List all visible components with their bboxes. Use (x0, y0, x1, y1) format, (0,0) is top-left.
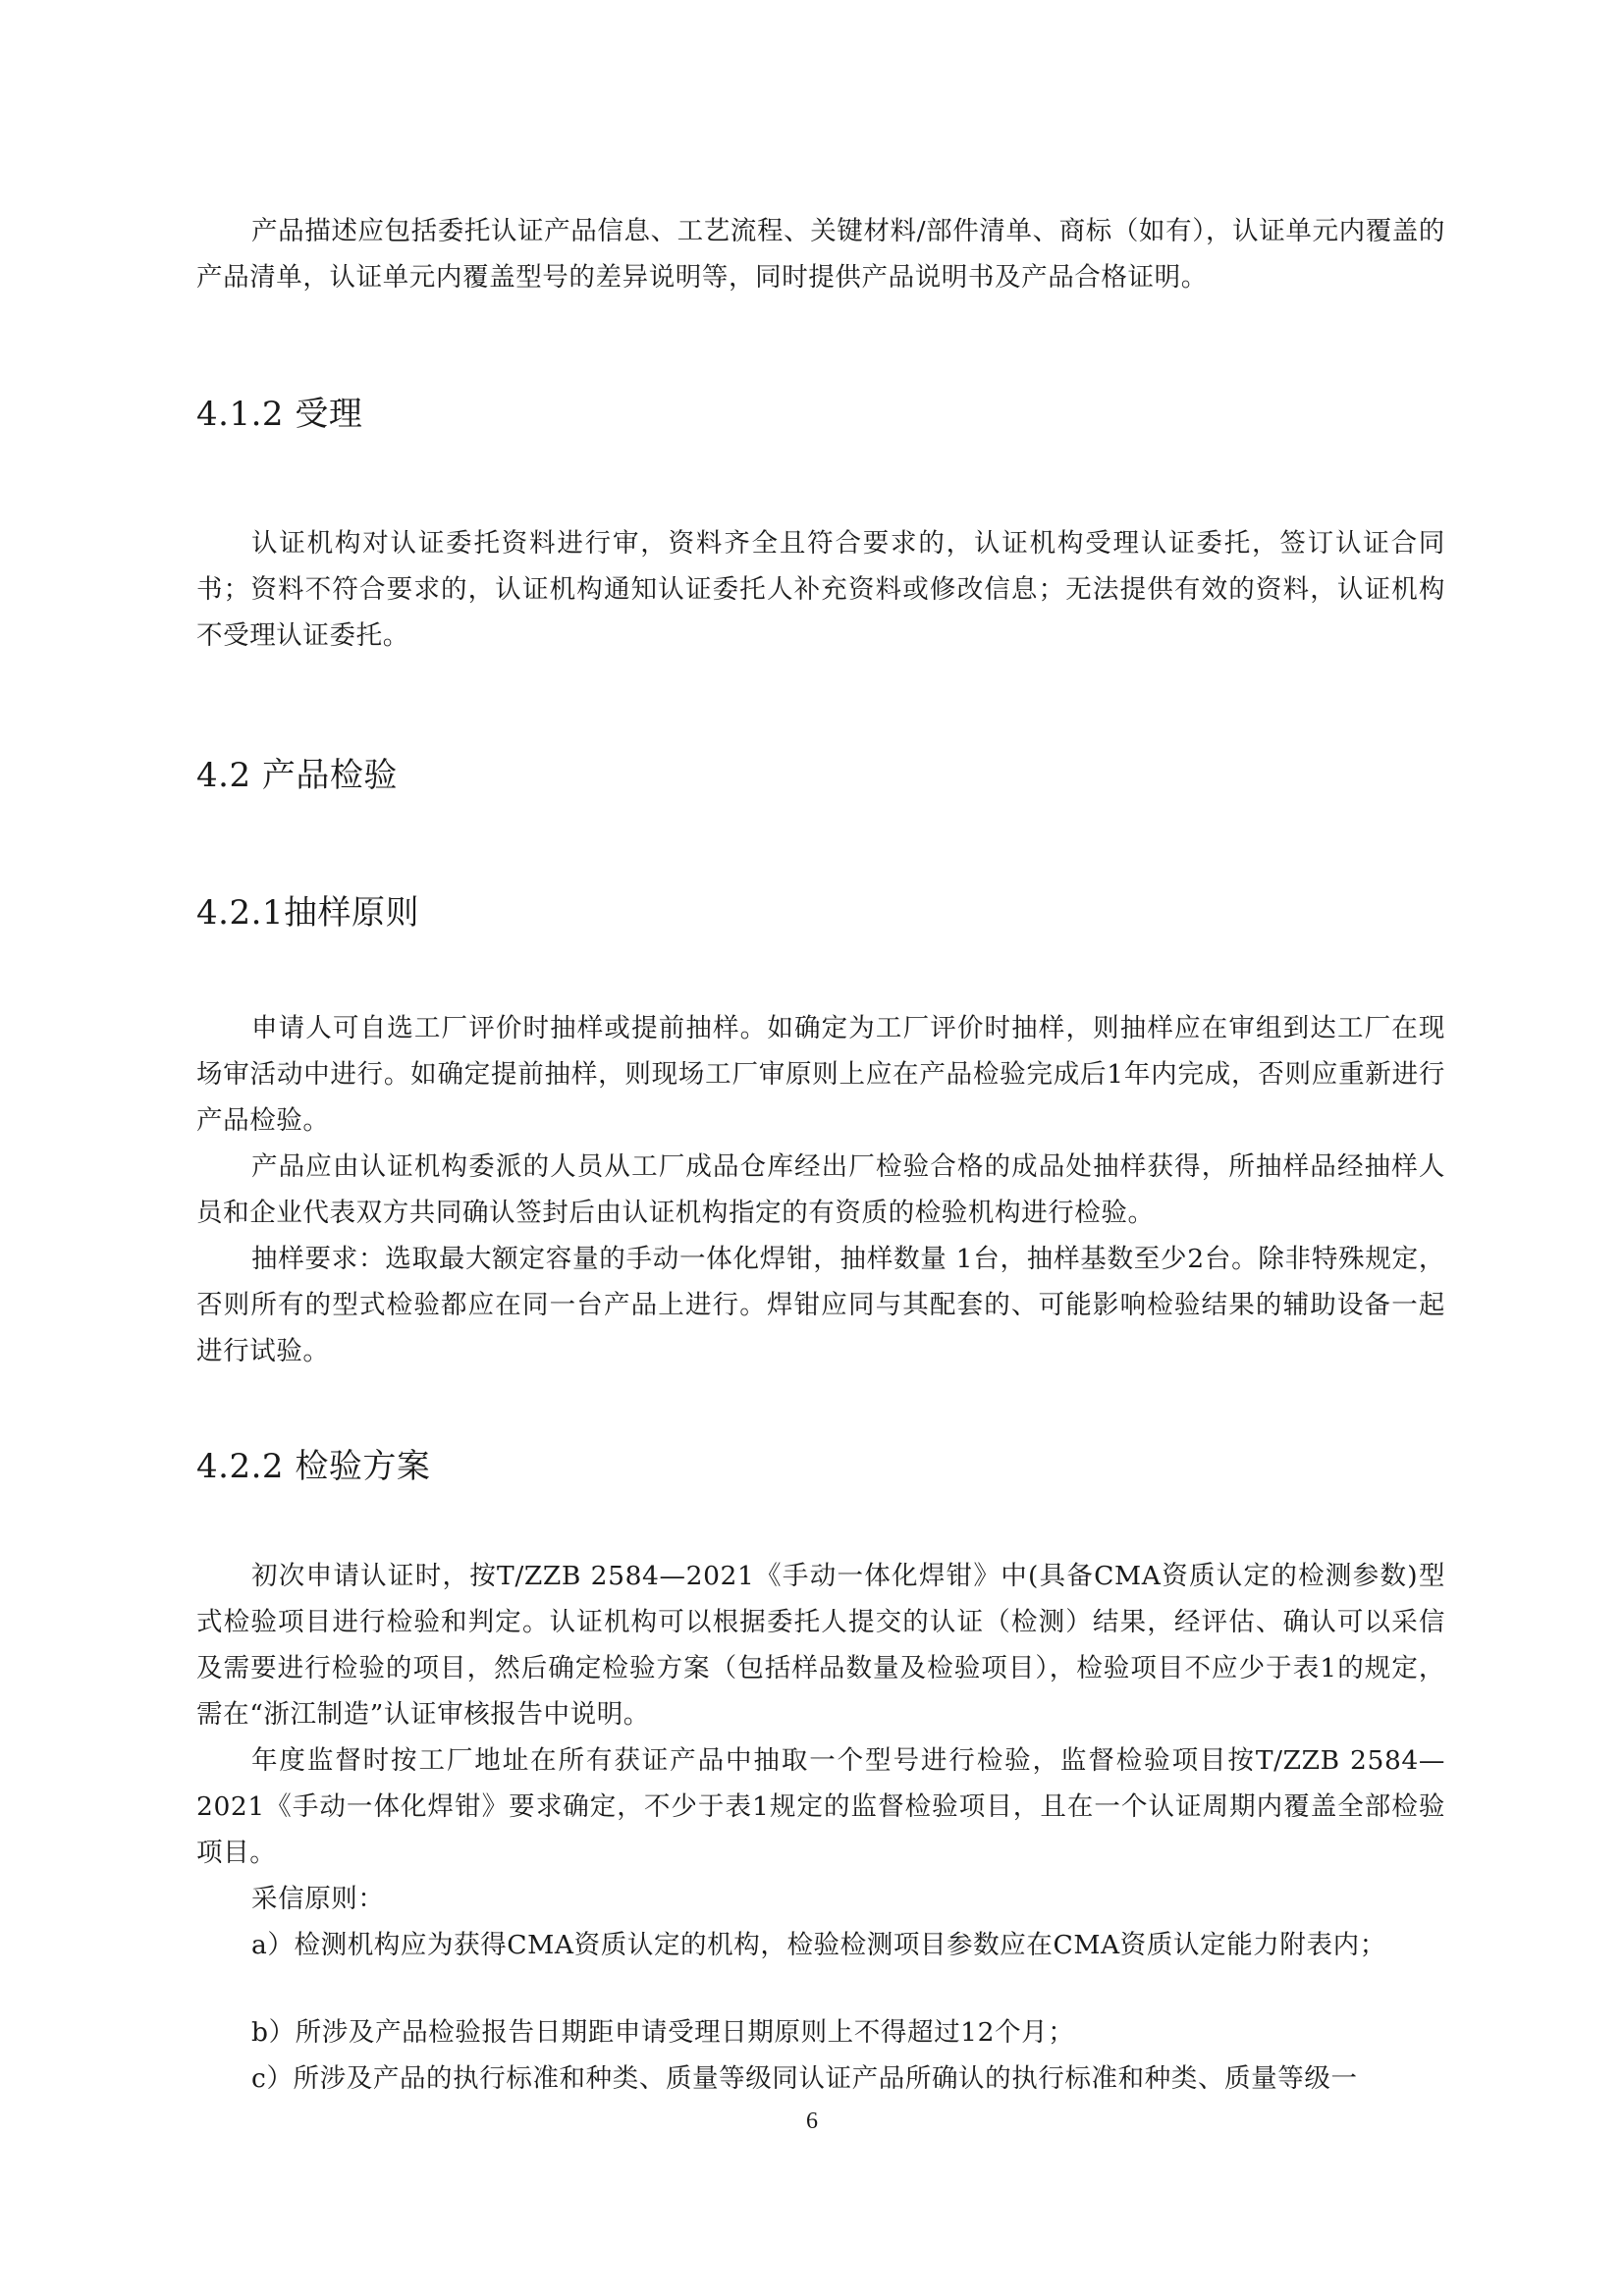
inspection-plan-body: 初次申请认证时，按T/ZZB 2584—2021《手动一体化焊钳》中(具备CMA… (196, 1553, 1445, 2102)
paragraph-sampling-2: 产品应由认证机构委派的人员从工厂成品仓库经出厂检验合格的成品处抽样获得，所抽样品… (196, 1144, 1445, 1236)
list-item-c: c）所涉及产品的执行标准和种类、质量等级同认证产品所确认的执行标准和种类、质量等… (196, 2056, 1445, 2102)
list-item-a: a）检测机构应为获得CMA资质认定的机构，检验检测项目参数应在CMA资质认定能力… (196, 1922, 1445, 1968)
sampling-principles-body: 申请人可自选工厂评价时抽样或提前抽样。如确定为工厂评价时抽样，则抽样应在审组到达… (196, 1005, 1445, 1374)
paragraph-plan-2: 年度监督时按工厂地址在所有获证产品中抽取一个型号进行检验，监督检验项目按T/ZZ… (196, 1737, 1445, 1876)
intro-paragraph: 产品描述应包括委托认证产品信息、工艺流程、关键材料/部件清单、商标（如有），认证… (196, 208, 1445, 300)
paragraph-sampling-1: 申请人可自选工厂评价时抽样或提前抽样。如确定为工厂评价时抽样，则抽样应在审组到达… (196, 1005, 1445, 1144)
heading-4-2-2: 4.2.2 检验方案 (196, 1445, 1445, 1488)
page-number: 6 (0, 2109, 1624, 2135)
paragraph-plan-1: 初次申请认证时，按T/ZZB 2584—2021《手动一体化焊钳》中(具备CMA… (196, 1553, 1445, 1737)
heading-4-2-1: 4.2.1抽样原则 (196, 891, 1445, 934)
paragraph-sampling-3: 抽样要求：选取最大额定容量的手动一体化焊钳，抽样数量 1台，抽样基数至少2台。除… (196, 1236, 1445, 1374)
paragraph-adoption-label: 采信原则： (196, 1876, 1445, 1922)
heading-4-1-2: 4.1.2 受理 (196, 393, 1445, 436)
list-item-b: b）所涉及产品检验报告日期距申请受理日期原则上不得超过12个月； (196, 2009, 1445, 2056)
heading-4-2: 4.2 产品检验 (196, 754, 1445, 797)
paragraph-acceptance: 认证机构对认证委托资料进行审，资料齐全且符合要求的，认证机构受理认证委托，签订认… (196, 520, 1445, 659)
